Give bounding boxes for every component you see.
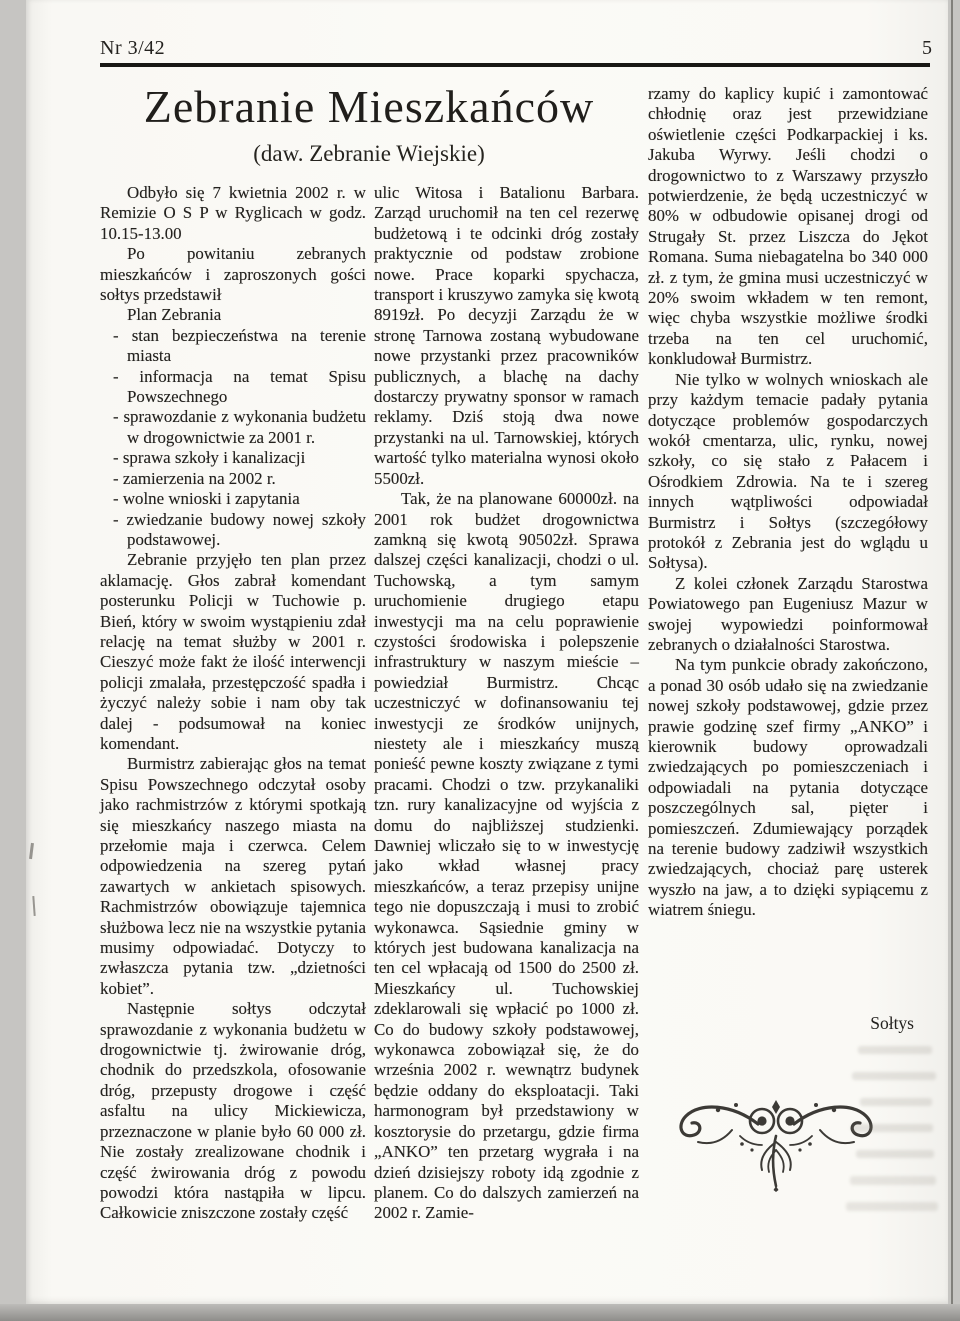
paragraph: rzamy do kaplicy kupić i zamontować chło…: [648, 84, 928, 370]
agenda-list: - stan bezpieczeństwa na terenie miasta …: [100, 326, 366, 550]
agenda-item: - sprawozdanie z wykonania budżetu w dro…: [100, 407, 366, 448]
agenda-item: - wolne wnioski i zapytania: [100, 489, 366, 509]
text-column-middle: ulic Witosa i Batalionu Barbara. Zarząd …: [374, 183, 639, 1224]
paragraph: Na tym punkcie obrady zakończono, a pona…: [648, 655, 928, 920]
agenda-item: - zwiedzanie budowy nowej szkoły podstaw…: [100, 510, 366, 551]
agenda-item: - informacja na temat Spisu Powszechnego: [100, 367, 366, 408]
paragraph: ulic Witosa i Batalionu Barbara. Zarząd …: [374, 183, 639, 489]
paragraph: Następnie sołtys odczytał sprawozdanie z…: [100, 999, 366, 1223]
scan-bottom-edge: [0, 1304, 960, 1321]
text-column-left: Odbyło się 7 kwietnia 2002 r. w Remizie …: [100, 183, 366, 1224]
article-title: Zebranie Mieszkańców: [84, 80, 654, 133]
signature-soltys: Sołtys: [648, 1013, 914, 1034]
scan-edge-line: [951, 0, 953, 1304]
header-rule: [100, 63, 930, 67]
agenda-item: - stan bezpieczeństwa na terenie miasta: [100, 326, 366, 367]
paragraph: Z kolei członek Zarządu Starostwa Powiat…: [648, 574, 928, 656]
page-number: 5: [912, 37, 932, 60]
article-subtitle: (daw. Zebranie Wiejskie): [84, 141, 654, 167]
bleedthrough-artifact: [856, 1150, 934, 1158]
text-column-right: rzamy do kaplicy kupić i zamontować chło…: [648, 84, 928, 921]
paragraph: Zebranie przyjęło ten plan przez aklamac…: [100, 550, 366, 754]
paragraph: Burmistrz zabierając głos na temat Spisu…: [100, 754, 366, 999]
paragraph: Nie tylko w wolnych wnioskach ale przy k…: [648, 370, 928, 574]
bleedthrough-artifact: [846, 1202, 938, 1211]
scanned-newsletter-page: { "colors": { "ink": "#24221f", "paper":…: [0, 0, 960, 1321]
bleedthrough-artifact: [852, 1072, 936, 1080]
agenda-item: - zamierzenia na 2002 r.: [100, 469, 366, 489]
paragraph: Po powitaniu zebranych mieszkańców i zap…: [100, 244, 366, 305]
paragraph: Tak, że na planowane 60000zł. na 2001 ro…: [374, 489, 639, 1224]
agenda-item: - sprawa szkoły i kanalizacji: [100, 448, 366, 468]
bleedthrough-artifact: [850, 1176, 936, 1185]
agenda-heading: Plan Zebrania: [100, 305, 366, 325]
bleedthrough-artifact: [851, 1124, 933, 1132]
bleedthrough-artifact: [858, 1046, 932, 1054]
bleedthrough-artifact: [860, 1098, 932, 1106]
issue-number: Nr 3/42: [100, 37, 165, 60]
paragraph: Odbyło się 7 kwietnia 2002 r. w Remizie …: [100, 183, 366, 244]
